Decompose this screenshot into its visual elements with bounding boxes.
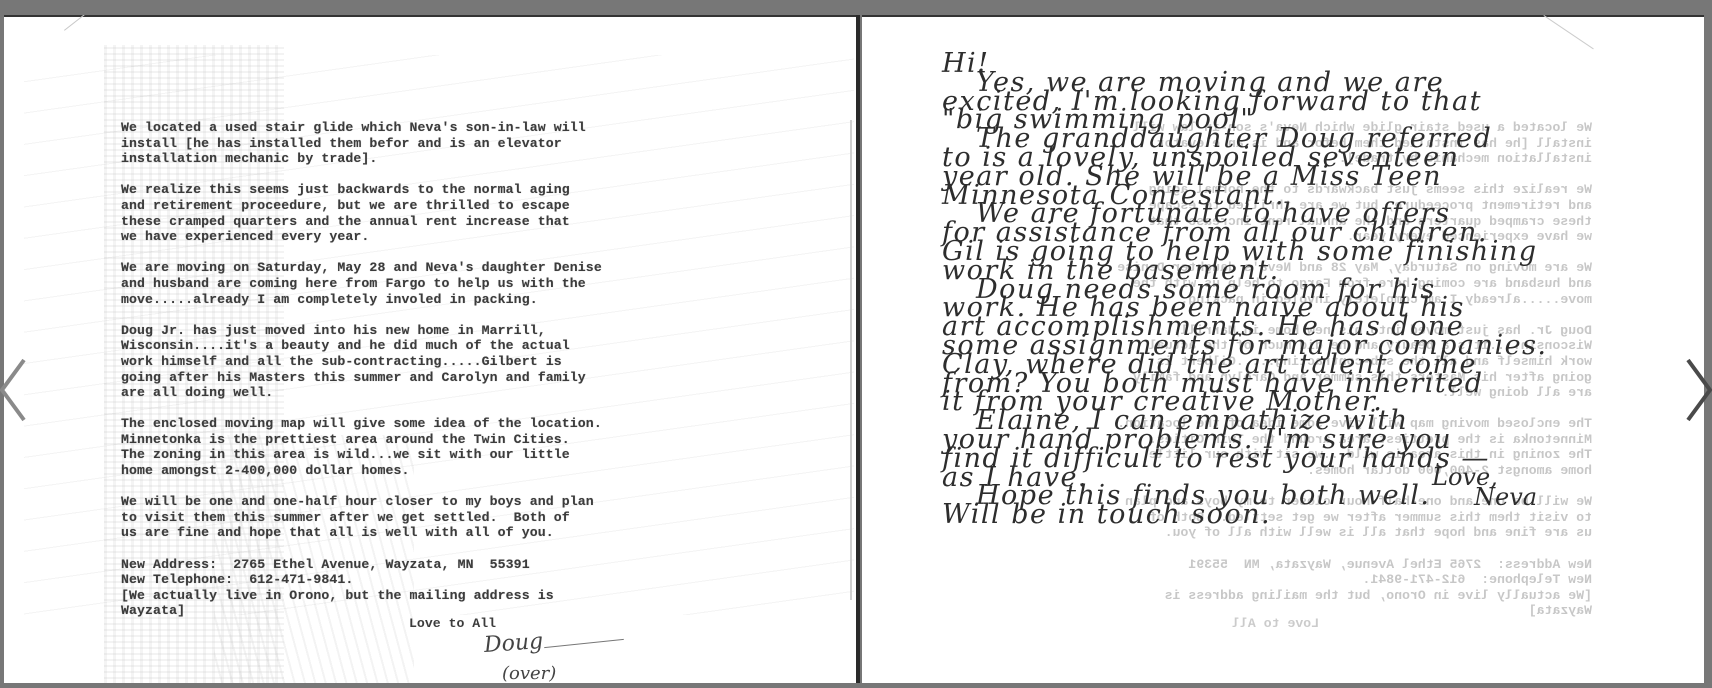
page-right: We located a used stair glide which Neva…: [862, 15, 1704, 683]
paragraph-retirement: We realize this seems just backwards to …: [121, 182, 761, 244]
page-fold-line: [64, 15, 120, 31]
paragraph-closer: We will be one and one-half hour closer …: [121, 494, 761, 541]
next-page-button[interactable]: [1682, 350, 1712, 430]
paragraph-moving-date: We are moving on Saturday, May 28 and Ne…: [121, 260, 761, 307]
gutter-shadow: [850, 120, 852, 600]
page-gutter: [856, 15, 860, 683]
chevron-right-icon: [1682, 350, 1712, 430]
page-curl-line: [1543, 15, 1593, 49]
closing-love-to-all: Love to All: [409, 616, 496, 631]
page-left: We located a used stair glide which Neva…: [4, 15, 858, 683]
handwritten-note: Hi!Yes, we are moving and we areexcited,…: [942, 55, 1702, 525]
bleed-through-closing: Love to All: [1232, 616, 1319, 631]
paragraph-stair-glide: We located a used stair glide which Neva…: [121, 120, 761, 167]
signature-doug: Doug: [483, 629, 544, 658]
paragraph-family-news: Doug Jr. has just moved into his new hom…: [121, 323, 761, 401]
typed-letter-body: We located a used stair glide which Neva…: [121, 120, 761, 635]
signature-stroke: [544, 639, 624, 648]
chevron-left-icon: [0, 350, 30, 430]
handwritten-signature-neva: Neva: [1474, 483, 1537, 511]
document-viewer: We located a used stair glide which Neva…: [0, 0, 1712, 688]
over-note: (over): [502, 663, 556, 683]
paragraph-moving-map: The enclosed moving map will give some i…: [121, 416, 761, 478]
previous-page-button[interactable]: [0, 350, 30, 430]
mirror-paragraph: New Address: 2765 Ethel Avenue, Wayzata,…: [952, 557, 1592, 619]
paragraph-new-address: New Address: 2765 Ethel Avenue, Wayzata,…: [121, 557, 761, 619]
